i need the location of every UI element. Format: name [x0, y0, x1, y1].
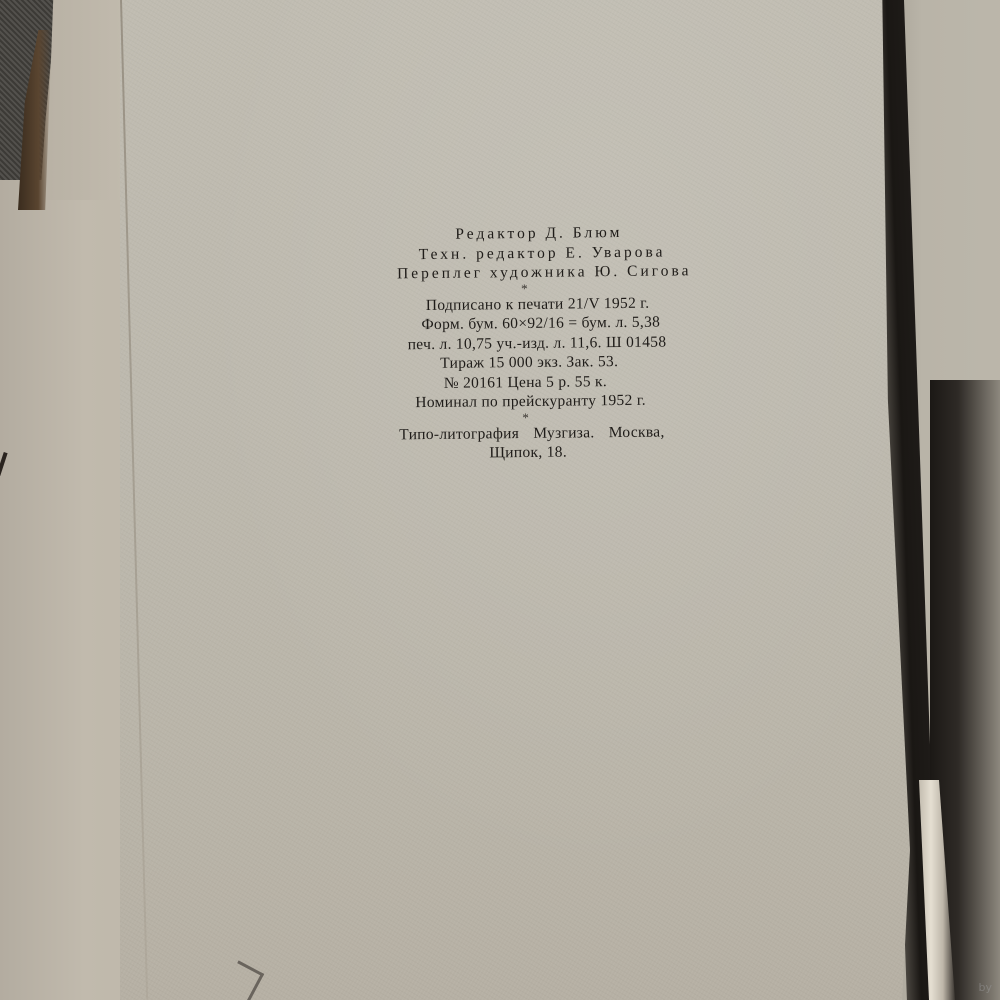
photo-scene: Редактор Д. Блюм Техн. редактор Е. Уваро… — [0, 0, 1000, 1000]
paper-format: Форм. бум. 60×92/16 = бум. л. 5,38 — [382, 312, 700, 335]
watermark: by — [979, 981, 993, 994]
binding-artist-credit: Переплег художника Ю. Сигова — [389, 261, 699, 284]
colophon-block: Редактор Д. Блюм Техн. редактор Е. Уваро… — [349, 222, 701, 464]
printed-sheets: печ. л. 10,75 уч.-изд. л. 11,6. Ш 01458 — [374, 332, 700, 355]
cover-flap — [0, 180, 140, 1000]
printer-address: Щипок, 18. — [355, 441, 701, 464]
book-page — [120, 0, 910, 1000]
printer-name: Типо-литография Музгиза. Москва, — [363, 422, 701, 445]
